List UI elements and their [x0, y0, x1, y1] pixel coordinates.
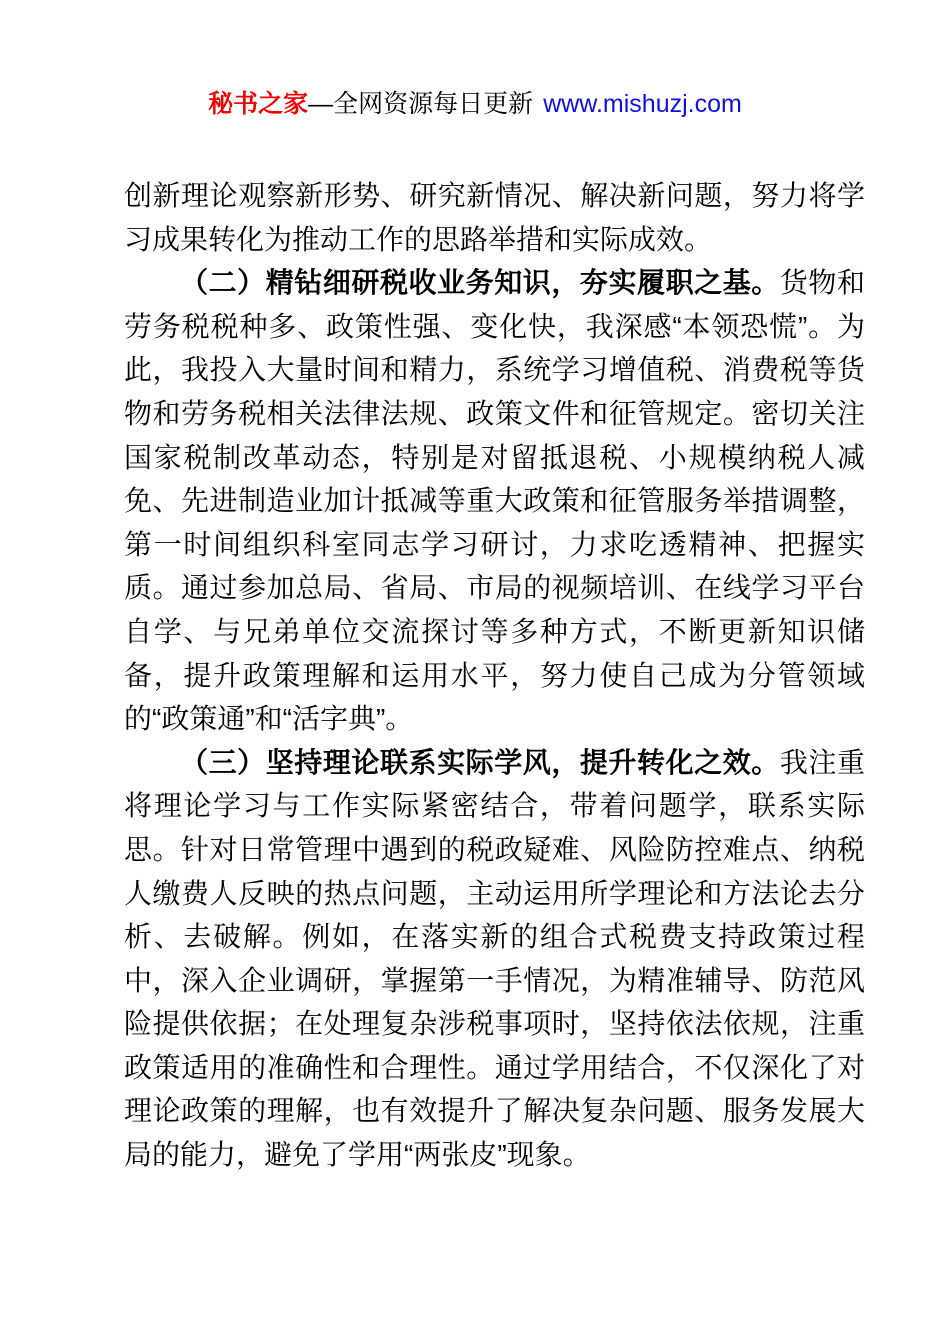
paragraph: （三）坚持理论联系实际学风，提升转化之效。我注重将理论学习与工作实际紧密结合，带… [124, 741, 865, 1177]
section-heading: （二）精钻细研税收业务知识，夯实履职之基。 [180, 267, 780, 298]
paragraph: （二）精钻细研税收业务知识，夯实履职之基。货物和劳务税税种多、政策性强、变化快，… [124, 261, 865, 741]
section-heading: （三）坚持理论联系实际学风，提升转化之效。 [180, 747, 780, 778]
document-body: 创新理论观察新形势、研究新情况、解决新问题，努力将学习成果转化为推动工作的思路举… [124, 174, 865, 1177]
body-text: 我注重将理论学习与工作实际紧密结合，带着问题学，联系实际思。针对日常管理中遇到的… [124, 747, 865, 1170]
site-tagline: —全网资源每日更新 [308, 90, 533, 118]
body-text: 创新理论观察新形势、研究新情况、解决新问题，努力将学习成果转化为推动工作的思路举… [124, 180, 865, 255]
paragraph: 创新理论观察新形势、研究新情况、解决新问题，努力将学习成果转化为推动工作的思路举… [124, 174, 865, 261]
body-text: 货物和劳务税税种多、政策性强、变化快，我深感“本领恐慌”。为此，我投入大量时间和… [124, 267, 865, 734]
site-url-link[interactable]: www.mishuzj.com [543, 90, 742, 118]
site-header: 秘书之家—全网资源每日更新www.mishuzj.com [0, 0, 950, 121]
document-page: 秘书之家—全网资源每日更新www.mishuzj.com 创新理论观察新形势、研… [0, 0, 950, 1344]
site-brand: 秘书之家 [208, 90, 308, 118]
